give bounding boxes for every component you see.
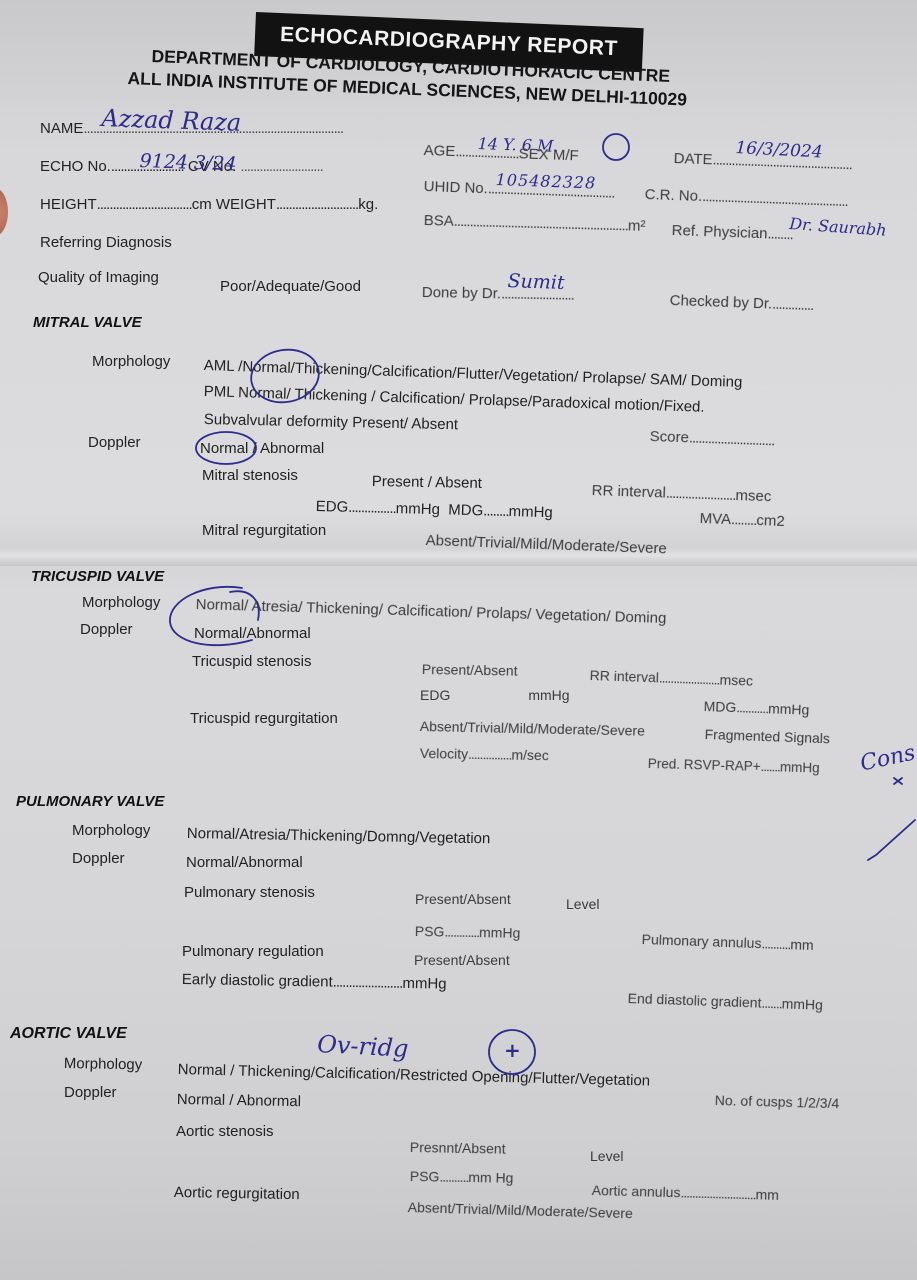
mdg-unit: mmHg	[508, 503, 553, 521]
margin-note: Cons	[858, 740, 917, 776]
pulmonary-stenosis-label: Pulmonary stenosis	[184, 884, 315, 901]
pulmonary-doppler-label: Doppler	[72, 850, 125, 867]
done-by-label: Done by Dr.	[422, 284, 502, 302]
aortic-morphology-label: Morphology	[64, 1055, 143, 1073]
quality-label: Quality of Imaging	[38, 269, 159, 286]
age-value: 14 Y. 6 M.	[477, 134, 558, 156]
mitral-stenosis-label: Mitral stenosis	[202, 467, 298, 484]
psg-unit: mmHg	[479, 924, 521, 941]
mdg-label: MDG	[448, 501, 483, 519]
aortic-regurgitation-label: Aortic regurgitation	[174, 1184, 300, 1203]
tricuspid-morphology-options[interactable]: Normal/ Atresia/ Thickening/ Calcificati…	[195, 596, 666, 627]
cr-no-field[interactable]: C.R. No.................................…	[644, 186, 848, 210]
edg-unit: mmHg	[528, 687, 569, 703]
mitral-edg-mdg-field[interactable]: EDG...............mmHg MDG........mmHg	[316, 498, 553, 521]
mitral-rr-field[interactable]: RR interval......................msec	[591, 482, 771, 505]
pulmonary-annulus-field[interactable]: Pulmonary annulus..........mm	[641, 931, 814, 953]
velocity-unit: m/sec	[511, 747, 549, 764]
sex-circle-mark	[603, 134, 629, 160]
uhid-label: UHID No.	[423, 178, 488, 197]
aortic-stenosis-options[interactable]: Presnnt/Absent	[410, 1139, 506, 1157]
psg-unit: mm Hg	[468, 1169, 513, 1186]
section-mitral-valve: MITRAL VALVE	[33, 314, 142, 331]
aortic-doppler-options[interactable]: Normal / Abnormal	[177, 1091, 301, 1110]
paper-fold	[0, 548, 917, 566]
pulmonary-regulation-options[interactable]: Present/Absent	[414, 952, 510, 968]
section-pulmonary-valve: PULMONARY VALVE	[16, 793, 164, 810]
aortic-psg-field[interactable]: PSG..........mm Hg	[410, 1168, 514, 1186]
mitral-morphology-label: Morphology	[92, 353, 170, 370]
tricuspid-fragmented-signals[interactable]: Fragmented Signals	[704, 726, 830, 746]
early-gradient-unit: mmHg	[402, 975, 446, 993]
pulmonary-morphology-label: Morphology	[72, 822, 150, 839]
referring-diagnosis-label: Referring Diagnosis	[40, 234, 172, 251]
pulmonary-regulation-label: Pulmonary regulation	[182, 943, 324, 960]
aortic-doppler-label: Doppler	[64, 1084, 117, 1101]
age-label: AGE	[423, 142, 455, 160]
edg-unit: mmHg	[396, 500, 441, 518]
rsvp-label: Pred. RSVP-RAP+	[648, 756, 761, 774]
height-label: HEIGHT	[40, 196, 97, 213]
tricuspid-mdg-field[interactable]: MDG...........mmHg	[703, 698, 809, 718]
echo-label: ECHO No.	[40, 158, 111, 175]
mva-unit: cm2	[756, 512, 785, 530]
velocity-label: Velocity	[420, 745, 469, 762]
quality-options[interactable]: Poor/Adequate/Good	[220, 278, 361, 295]
ref-physician-label: Ref. Physician	[671, 222, 767, 242]
height-unit: cm	[192, 196, 212, 213]
psg-label: PSG	[410, 1168, 440, 1185]
mitral-score-field[interactable]: Score...........................	[649, 428, 774, 449]
mitral-regurgitation-label: Mitral regurgitation	[202, 522, 326, 539]
mdg-label: MDG	[703, 698, 736, 715]
rr-unit: msec	[719, 672, 753, 689]
tricuspid-doppler-options[interactable]: Normal/Abnormal	[194, 625, 311, 642]
tricuspid-stenosis-label: Tricuspid stenosis	[192, 653, 312, 670]
early-gradient-label: Early diastolic gradient	[182, 971, 333, 991]
pml-options: Normal/ Thickening / Calcification/ Prol…	[238, 384, 705, 416]
mva-label: MVA	[699, 510, 731, 528]
tricuspid-stenosis-options[interactable]: Present/Absent	[422, 661, 518, 679]
annulus-label: Pulmonary annulus	[641, 931, 761, 951]
end-gradient-label: End diastolic gradient	[627, 990, 761, 1011]
score-label: Score	[649, 428, 689, 446]
ref-physician-field[interactable]: Ref. Physician........	[671, 222, 793, 243]
aortic-circled-mark: +	[504, 1038, 521, 1062]
weight-unit: kg.	[358, 196, 378, 213]
aortic-morphology-options[interactable]: Normal / Thickening/Calcification/Restri…	[178, 1061, 651, 1090]
mitral-doppler-options[interactable]: Normal / Abnormal	[200, 440, 324, 457]
bsa-field[interactable]: BSA.....................................…	[424, 212, 646, 235]
name-value: Azzad Raza	[101, 104, 242, 137]
pulmonary-doppler-options[interactable]: Normal/Abnormal	[186, 854, 303, 871]
mdg-unit: mmHg	[768, 700, 810, 717]
section-aortic-valve: AORTIC VALVE	[10, 1025, 127, 1043]
mitral-pml-row[interactable]: PML Normal/ Thickening / Calcification/ …	[203, 383, 704, 416]
margin-slash-mark	[868, 820, 915, 860]
name-label: NAME	[40, 120, 83, 137]
tricuspid-rsvp-field[interactable]: Pred. RSVP-RAP+.......mmHg	[648, 756, 820, 775]
height-weight-field[interactable]: HEIGHT..............................cm W…	[40, 196, 378, 213]
annulus-label: Aortic annulus	[592, 1182, 681, 1200]
aortic-regurgitation-options[interactable]: Absent/Trivial/Mild/Moderate/Severe	[408, 1199, 633, 1221]
thumb-edge	[0, 188, 8, 236]
annulus-unit: mm	[755, 1186, 779, 1203]
tricuspid-rr-field[interactable]: RR interval.....................msec	[589, 667, 753, 689]
mitral-subvalvular[interactable]: Subvalvular deformity Present/ Absent	[204, 411, 459, 433]
tricuspid-regurgitation-options[interactable]: Absent/Trivial/Mild/Moderate/Severe	[420, 718, 645, 739]
mitral-mva-field[interactable]: MVA........cm2	[699, 510, 785, 530]
rsvp-unit: mmHg	[780, 759, 820, 775]
aortic-handwritten-note: Ov-ridg	[317, 1030, 410, 1063]
bsa-unit: m²	[628, 217, 646, 234]
pulmonary-morphology-options[interactable]: Normal/Atresia/Thickening/Domng/Vegetati…	[187, 825, 491, 847]
rr-unit: msec	[735, 487, 771, 505]
psg-label: PSG	[415, 923, 445, 940]
checked-by-label: Checked by Dr.	[669, 292, 772, 313]
aortic-annulus-field[interactable]: Aortic annulus..........................…	[592, 1182, 780, 1203]
pulmonary-end-gradient-field[interactable]: End diastolic gradient.......mmHg	[627, 990, 823, 1013]
ref-physician-value: Dr. Saurabh	[789, 214, 888, 240]
pml-label: PML	[203, 383, 234, 401]
tricuspid-regurgitation-label: Tricuspid regurgitation	[190, 710, 338, 727]
tricuspid-doppler-label: Doppler	[80, 621, 133, 638]
tricuspid-velocity-field[interactable]: Velocity...............m/sec	[420, 745, 549, 763]
echo-report-page: ECHOCARDIOGRAPHY REPORT DEPARTMENT OF CA…	[0, 0, 917, 1280]
section-tricuspid-valve: TRICUSPID VALVE	[31, 568, 164, 585]
tricuspid-morphology-label: Morphology	[82, 594, 160, 611]
pulmonary-level-label: Level	[566, 896, 599, 912]
pulmonary-stenosis-options[interactable]: Present/Absent	[415, 891, 511, 907]
rr-label: RR interval	[591, 482, 666, 502]
rr-label: RR interval	[589, 667, 659, 685]
mitral-doppler-label: Doppler	[88, 434, 141, 451]
aortic-level-label: Level	[590, 1148, 623, 1164]
echo-no-value: 9124 3/24	[139, 150, 237, 175]
aml-label: AML	[203, 357, 234, 375]
pulmonary-psg-field[interactable]: PSG............mmHg	[415, 923, 521, 941]
aortic-stenosis-label: Aortic stenosis	[176, 1123, 274, 1140]
aortic-cusps-field[interactable]: No. of cusps 1/2/3/4	[715, 1092, 840, 1111]
mitral-stenosis-options[interactable]: Present / Absent	[372, 473, 482, 492]
uhid-value: 105482328	[495, 170, 596, 193]
pulmonary-early-gradient-field[interactable]: Early diastolic gradient................…	[182, 971, 447, 993]
checked-by-field[interactable]: Checked by Dr..............	[669, 292, 813, 314]
tricuspid-edg-field[interactable]: EDGmmHg	[420, 687, 570, 703]
weight-label: WEIGHT	[216, 196, 276, 213]
done-by-value: Sumit	[507, 270, 565, 294]
date-label: DATE	[673, 150, 712, 168]
cr-label: C.R. No.	[644, 186, 702, 205]
annulus-unit: mm	[790, 936, 814, 953]
edg-label: EDG	[420, 687, 450, 703]
bsa-label: BSA	[424, 212, 454, 230]
end-gradient-unit: mmHg	[781, 995, 823, 1012]
edg-label: EDG	[316, 498, 349, 516]
